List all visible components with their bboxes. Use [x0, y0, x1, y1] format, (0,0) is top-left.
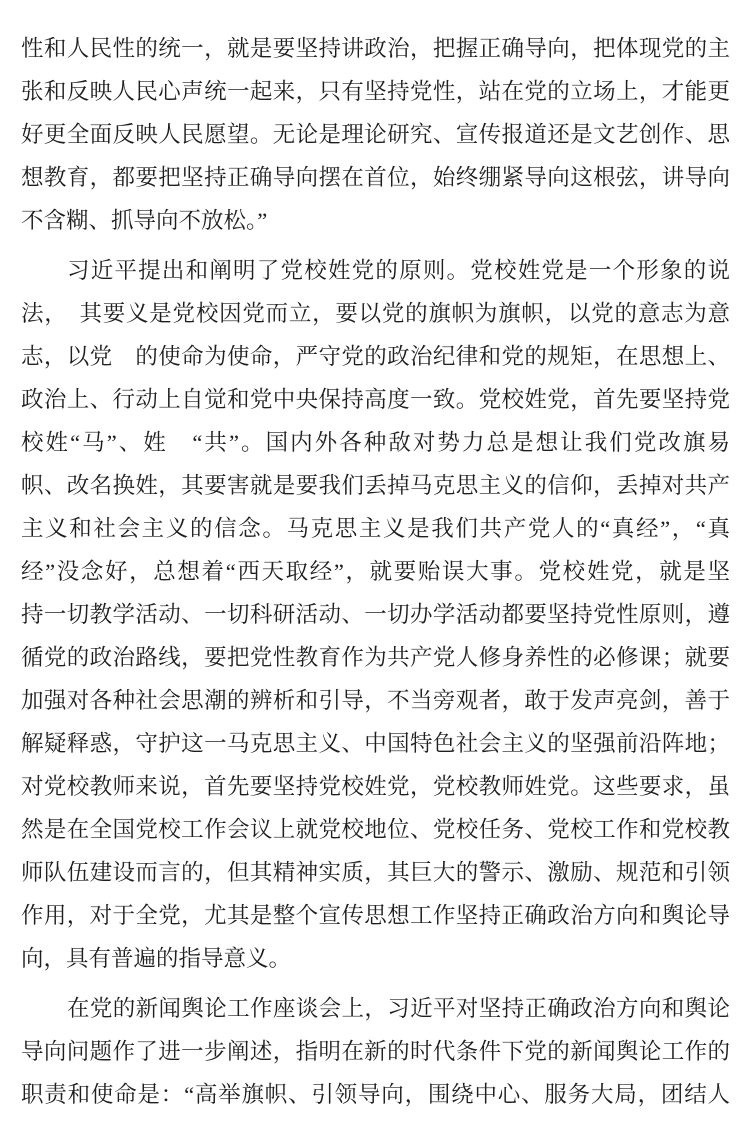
text-line: 张和反映人民心声统一起来，只有坚持党性，站在党的立场上，才能更 [21, 70, 730, 113]
text-line: 帜、改名换姓，其要害就是要我们丢掉马克思主义的信仰，丢掉对共产 [21, 464, 730, 507]
text-line: 持一切教学活动、一切科研活动、一切办学活动都要坚持党性原则，遵 [21, 593, 730, 636]
text-line: 然是在全国党校工作会议上就党校地位、党校任务、党校工作和党校教 [21, 808, 730, 851]
text-line: 性和人民性的统一，就是要坚持讲政治，把握正确导向，把体现党的主 [21, 27, 730, 70]
text-line: 加强对各种社会思潮的辨析和引导，不当旁观者，敢于发声亮剑，善于 [21, 679, 730, 722]
text-line: 循党的政治路线，要把党性教育作为共产党人修身养性的必修课；就要 [21, 636, 730, 679]
text-line: 想教育，都要把坚持正确导向摆在首位，始终绷紧导向这根弦，讲导向 [21, 156, 730, 199]
text-line: 职责和使命是：“高举旗帜、引领导向，围绕中心、服务大局，团结人 [21, 1073, 730, 1116]
text-line: 政治上、行动上自觉和党中央保持高度一致。党校姓党，首先要坚持党 [21, 378, 730, 421]
text-line: 经”没念好，总想着“西天取经”，就要贻误大事。党校姓党，就是坚 [21, 550, 730, 593]
text-line: 法， 其要义是党校因党而立，要以党的旗帜为旗帜，以党的意志为意 [21, 292, 730, 335]
text-line: 对党校教师来说，首先要坚持党校姓党，党校教师姓党。这些要求，虽 [21, 765, 730, 808]
text-body: 性和人民性的统一，就是要坚持讲政治，把握正确导向，把体现党的主张和反映人民心声统… [21, 27, 730, 1116]
text-line: 志，以党 的使命为使命，严守党的政治纪律和党的规矩，在思想上、 [21, 335, 730, 378]
document-page: 性和人民性的统一，就是要坚持讲政治，把握正确导向，把体现党的主张和反映人民心声统… [0, 0, 756, 1134]
paragraph: 习近平提出和阐明了党校姓党的原则。党校姓党是一个形象的说法， 其要义是党校因党而… [21, 249, 730, 980]
text-line: 校姓“马”、姓 “共”。国内外各种敌对势力总是想让我们党改旗易 [21, 421, 730, 464]
text-line: 习近平提出和阐明了党校姓党的原则。党校姓党是一个形象的说 [21, 249, 730, 292]
text-line: 导向问题作了进一步阐述，指明在新的时代条件下党的新闻舆论工作的 [21, 1030, 730, 1073]
text-line: 作用，对于全党，尤其是整个宣传思想工作坚持正确政治方向和舆论导 [21, 894, 730, 937]
text-line: 不含糊、抓导向不放松。” [21, 199, 730, 242]
text-line: 好更全面反映人民愿望。无论是理论研究、宣传报道还是文艺创作、思 [21, 113, 730, 156]
text-line: 向，具有普遍的指导意义。 [21, 937, 730, 980]
paragraph: 性和人民性的统一，就是要坚持讲政治，把握正确导向，把体现党的主张和反映人民心声统… [21, 27, 730, 242]
text-line: 解疑释惑，守护这一马克思主义、中国特色社会主义的坚强前沿阵地； [21, 722, 730, 765]
paragraph: 在党的新闻舆论工作座谈会上，习近平对坚持正确政治方向和舆论导向问题作了进一步阐述… [21, 987, 730, 1116]
text-line: 师队伍建设而言的，但其精神实质，其巨大的警示、激励、规范和引领 [21, 851, 730, 894]
text-line: 主义和社会主义的信念。马克思主义是我们共产党人的“真经”，“真 [21, 507, 730, 550]
text-line: 在党的新闻舆论工作座谈会上，习近平对坚持正确政治方向和舆论 [21, 987, 730, 1030]
